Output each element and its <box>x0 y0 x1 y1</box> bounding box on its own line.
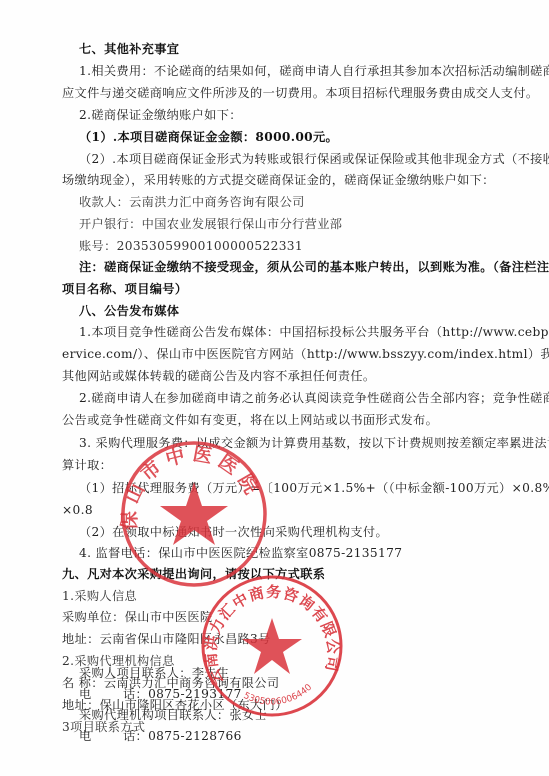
agency-contact: 采购代理机构项目联系人：张女士 <box>79 707 267 723</box>
deposit-form-cont: 场缴纳现金），采用转账的方式提交磋商保证金的，磋商保证金缴纳账户如下： <box>62 172 495 188</box>
fee-formula: （1）招标代理服务费（万元）=〔100万元×1.5%+（（中标金额-100万元）… <box>79 480 549 496</box>
buyer-phone: 话：0875-2193177 <box>123 686 242 702</box>
agency-phone-label: 电 <box>79 728 92 744</box>
section-8-heading: 八、公告发布媒体 <box>79 303 179 319</box>
fee-payment: （2）在领取中标通知书时一次性向采购代理机构支付。 <box>79 524 388 540</box>
deposit-note-cont: 项目名称、项目编号） <box>62 281 187 297</box>
buyer-phone-label: 电 <box>79 686 92 702</box>
section-7-item-2: 2.磋商保证金缴纳账户如下： <box>79 107 242 123</box>
fee-formula-cont: ×0.8 <box>62 502 93 518</box>
document-page: 七、其他补充事宜 1.相关费用：不论磋商的结果如何，磋商申请人自行承担其参加本次… <box>0 0 549 776</box>
section-7-item-1-cont: 应文件与递交磋商响应文件所涉及的一切费用。本项目招标代理服务费由成交人支付。 <box>62 85 538 101</box>
media-item-1-cont: ervice.com/）、保山市中医医院官方网站（http://www.bssz… <box>62 346 549 362</box>
section-7-heading: 七、其他补充事宜 <box>79 41 179 57</box>
payee: 收款人：云南洪力汇中商务咨询有限公司 <box>79 194 305 210</box>
media-item-2: 2.磋商申请人在参加磋商申请之前务必认真阅读竞争性磋商公告全部内容；竞争性磋商 <box>79 390 549 406</box>
fee-item-3: 3. 采购代理服务费：以成交金额为计算费用基数，按以下计费规则按差额定率累进法计 <box>79 435 549 451</box>
buyer-address: 地址：云南省保山市隆阳区永昌路3号 <box>62 631 271 647</box>
section-7-item-1: 1.相关费用：不论磋商的结果如何，磋商申请人自行承担其参加本次招标活动编制磋商响 <box>79 63 549 79</box>
media-item-1-cont2: 其他网站或媒体转载的磋商公告及内容不承担任何责任。 <box>62 368 375 384</box>
agency-phone: 话：0875-2128766 <box>123 728 242 744</box>
account-number: 账号：20353059900100000522331 <box>79 238 303 254</box>
deposit-form: （2）.本项目磋商保证金形式为转账或银行保函或保证保险或其他非现金方式（不接收现 <box>79 151 549 167</box>
buyer-info-title: 1.采购人信息 <box>62 588 137 604</box>
media-item-1: 1.本项目竞争性磋商公告发布媒体：中国招标投标公共服务平台（http://www… <box>79 324 549 340</box>
buyer-contact: 采购人项目联系人：李先生 <box>79 665 229 681</box>
fee-item-3-cont: 算计取： <box>62 457 112 473</box>
buyer-name: 采购单位：保山市中医医院 <box>62 609 212 625</box>
bank: 开户银行：中国农业发展银行保山市分行营业部 <box>79 216 342 232</box>
deposit-amount: （1）.本项目磋商保证金金额：8000.00元。 <box>79 129 338 145</box>
deposit-note: 注：磋商保证金缴纳不接受现金，须从公司的基本账户转出，以到账为准。（备注栏注明： <box>79 259 549 275</box>
supervision-phone: 4. 监督电话：保山市中医医院纪检监察室0875-2135177 <box>79 545 402 561</box>
media-item-2-cont: 公告或竞争性磋商文件如有变更，将在以上网站或以书面形式发布。 <box>62 412 438 428</box>
section-9-heading: 九、凡对本次采购提出询问，请按以下方式联系 <box>62 566 325 582</box>
